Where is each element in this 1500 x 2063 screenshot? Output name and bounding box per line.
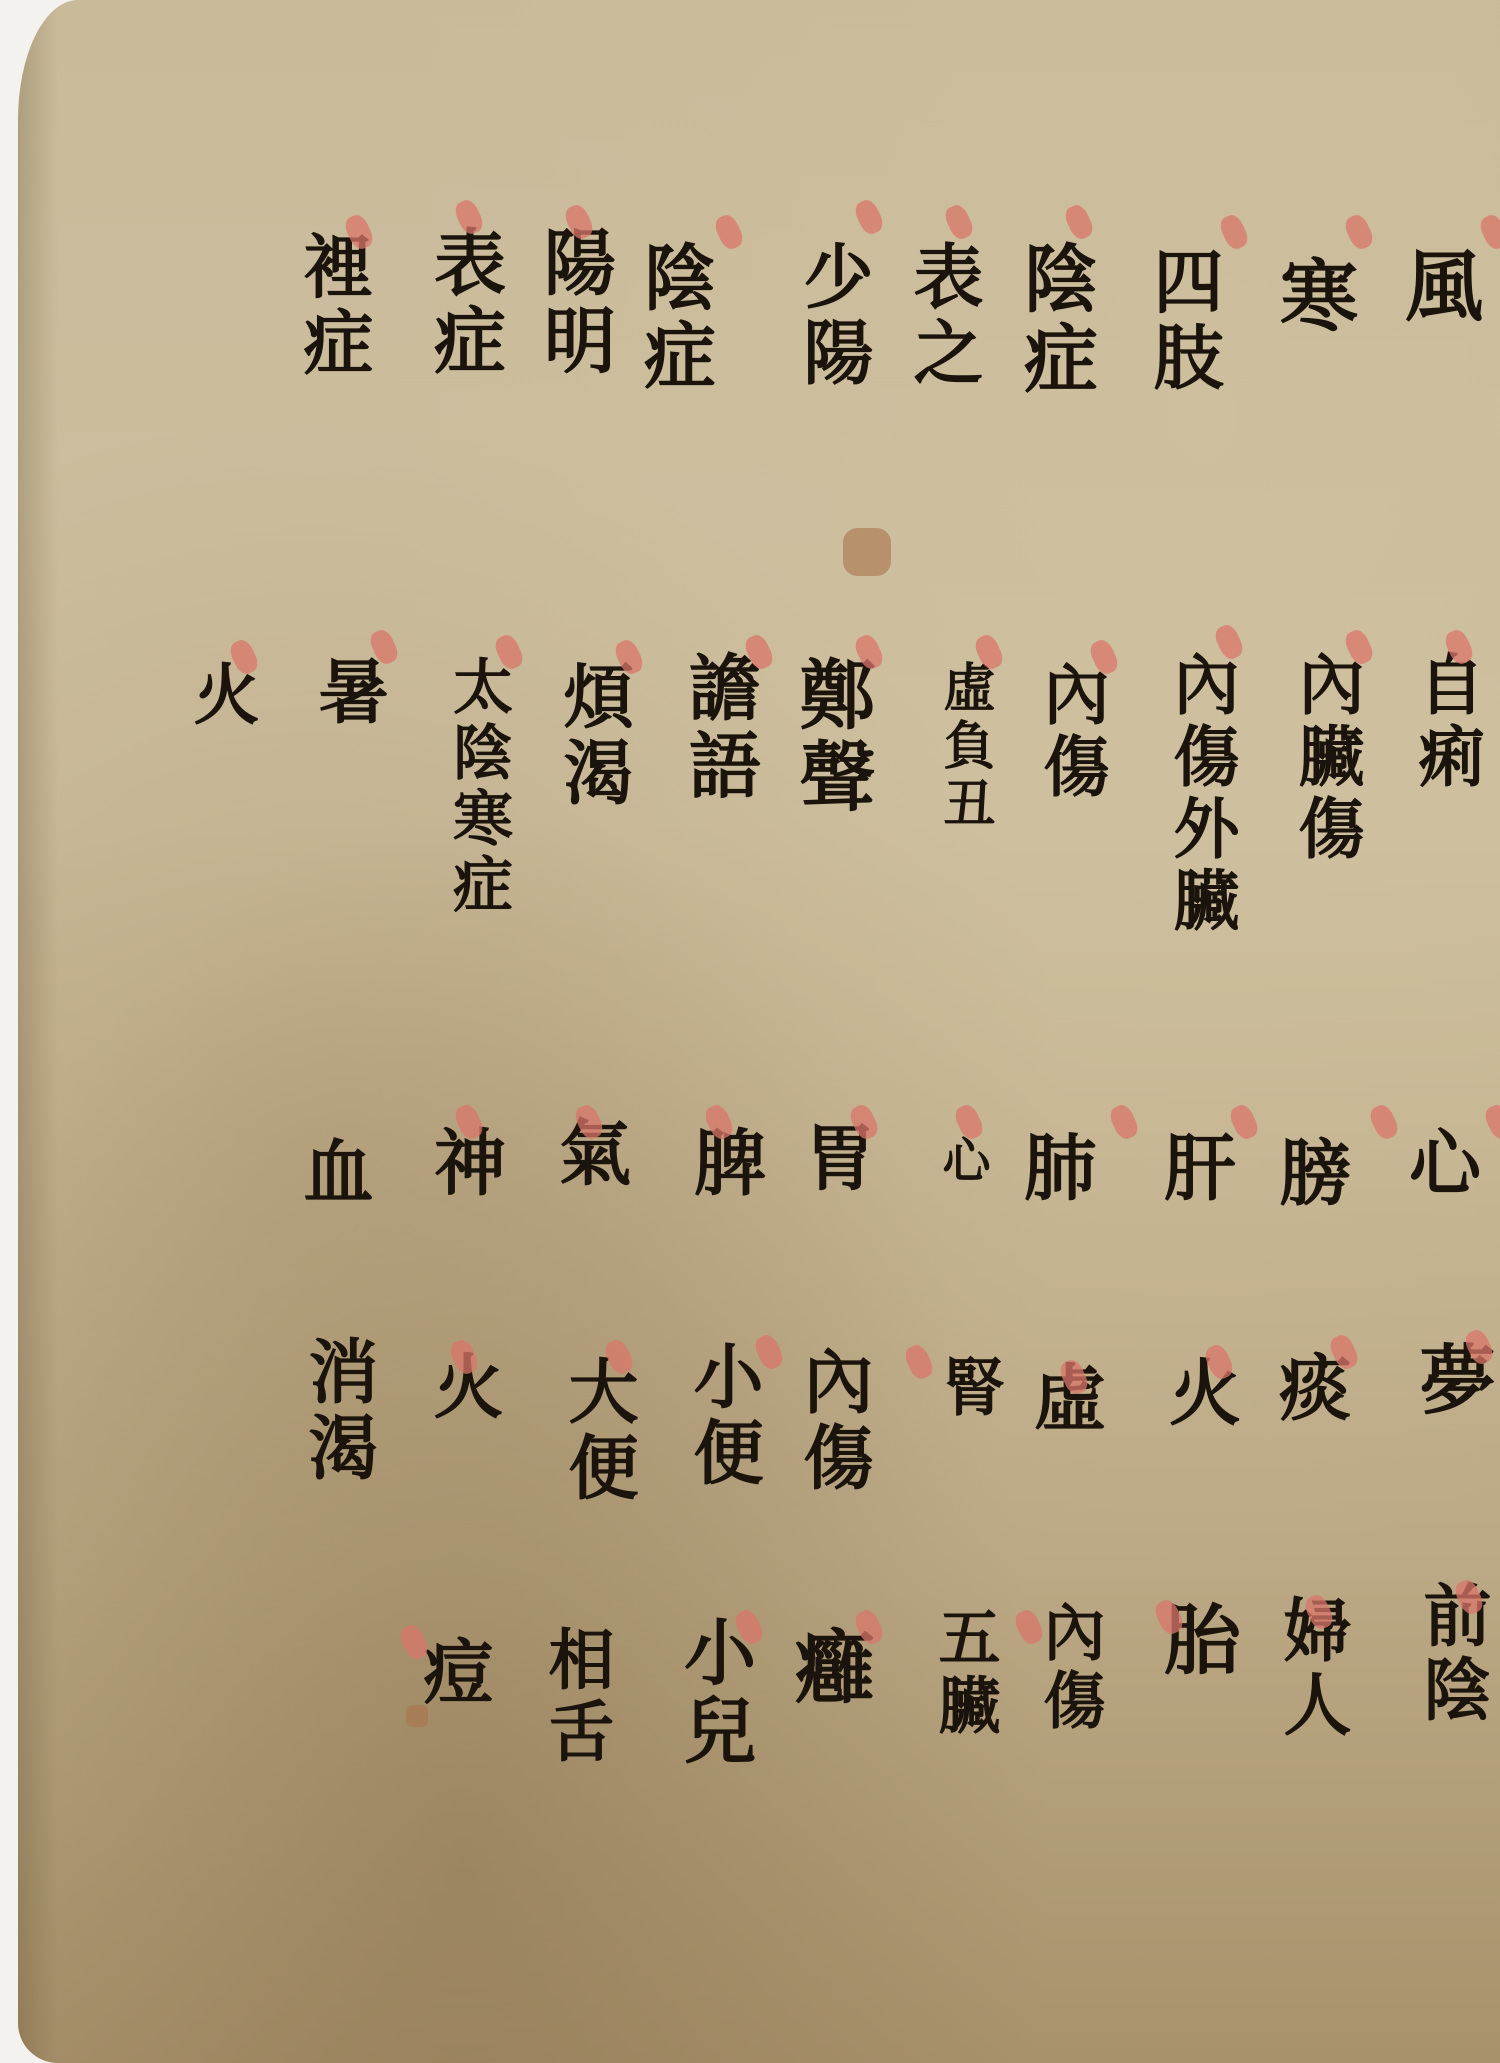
entry-shaoyang: 少陽 — [798, 240, 868, 392]
entry-zhanyu: 譫語 — [683, 650, 755, 806]
entry-xiaoke: 消渴 — [303, 1335, 373, 1487]
entry-neishang-2: 內傷 — [798, 1345, 868, 1497]
entry-sizhi: 四肢 — [1148, 245, 1218, 397]
entry-xin-2: 心 — [938, 1135, 986, 1189]
red-mark — [852, 197, 886, 237]
entry-yangming: 陽明 — [538, 225, 610, 381]
red-mark — [1367, 1102, 1401, 1142]
entry-fanke: 煩渴 — [558, 660, 628, 812]
entry-shen-kidney: 腎 — [938, 1355, 1000, 1423]
paper-stain — [843, 528, 891, 576]
entry-feng: 風 — [1398, 245, 1476, 329]
entry-biaozhi: 表之 — [908, 240, 978, 392]
entry-neishangwaizang: 內傷外臟 — [1168, 650, 1234, 938]
entry-xue: 血 — [298, 1135, 368, 1211]
entry-shen: 神 — [428, 1125, 500, 1203]
entry-neishang-3: 內傷 — [1038, 1600, 1100, 1736]
entry-han: 寒 — [1273, 255, 1351, 339]
entry-neizangshang: 內臟傷 — [1293, 650, 1359, 866]
entry-neishang-1: 內傷 — [1038, 660, 1104, 804]
entry-lizheng: 裡症 — [298, 230, 368, 382]
entry-xiaoer: 小兒 — [678, 1615, 750, 1771]
red-mark — [902, 1342, 936, 1382]
entry-wuzang: 五臟 — [933, 1605, 995, 1741]
entry-zili: 自痢 — [1413, 650, 1479, 794]
entry-xin-1: 心 — [1403, 1125, 1475, 1203]
entry-zhengsheng: 鄭聲 — [793, 655, 869, 819]
entry-yinzheng-2: 陰症 — [638, 240, 710, 396]
entry-gan: 肝 — [1158, 1130, 1230, 1208]
paper-stain — [406, 1705, 428, 1727]
entry-dabian: 大便 — [563, 1355, 633, 1507]
entry-fei: 肺 — [1018, 1130, 1090, 1208]
red-mark — [1062, 202, 1096, 242]
entry-tan: 痰 — [1273, 1350, 1345, 1428]
entry-pang: 膀 — [1273, 1135, 1345, 1213]
red-mark — [942, 202, 976, 242]
red-mark — [1107, 1102, 1141, 1142]
entry-shu: 暑 — [313, 655, 383, 731]
red-mark — [1342, 212, 1376, 252]
entry-xiangshe: 相舌 — [543, 1625, 609, 1769]
manuscript-page: 風 寒 四肢 陰症 表之 少陽 陰症 陽明 表症 裡症 自痢 內臟傷 內傷外臟 … — [18, 0, 1500, 2063]
entry-yong: 癰 — [788, 1625, 868, 1711]
red-mark — [1482, 1102, 1500, 1142]
entry-taiyinhanzheng: 太陰寒症 — [448, 655, 508, 919]
entry-xufu: 虛負丑 — [938, 660, 990, 834]
entry-xiaobian: 小便 — [688, 1340, 758, 1492]
entry-yinzheng-1: 陰症 — [1018, 240, 1092, 400]
entry-biaozheng: 表症 — [428, 225, 500, 381]
entry-dou: 痘 — [418, 1635, 488, 1711]
